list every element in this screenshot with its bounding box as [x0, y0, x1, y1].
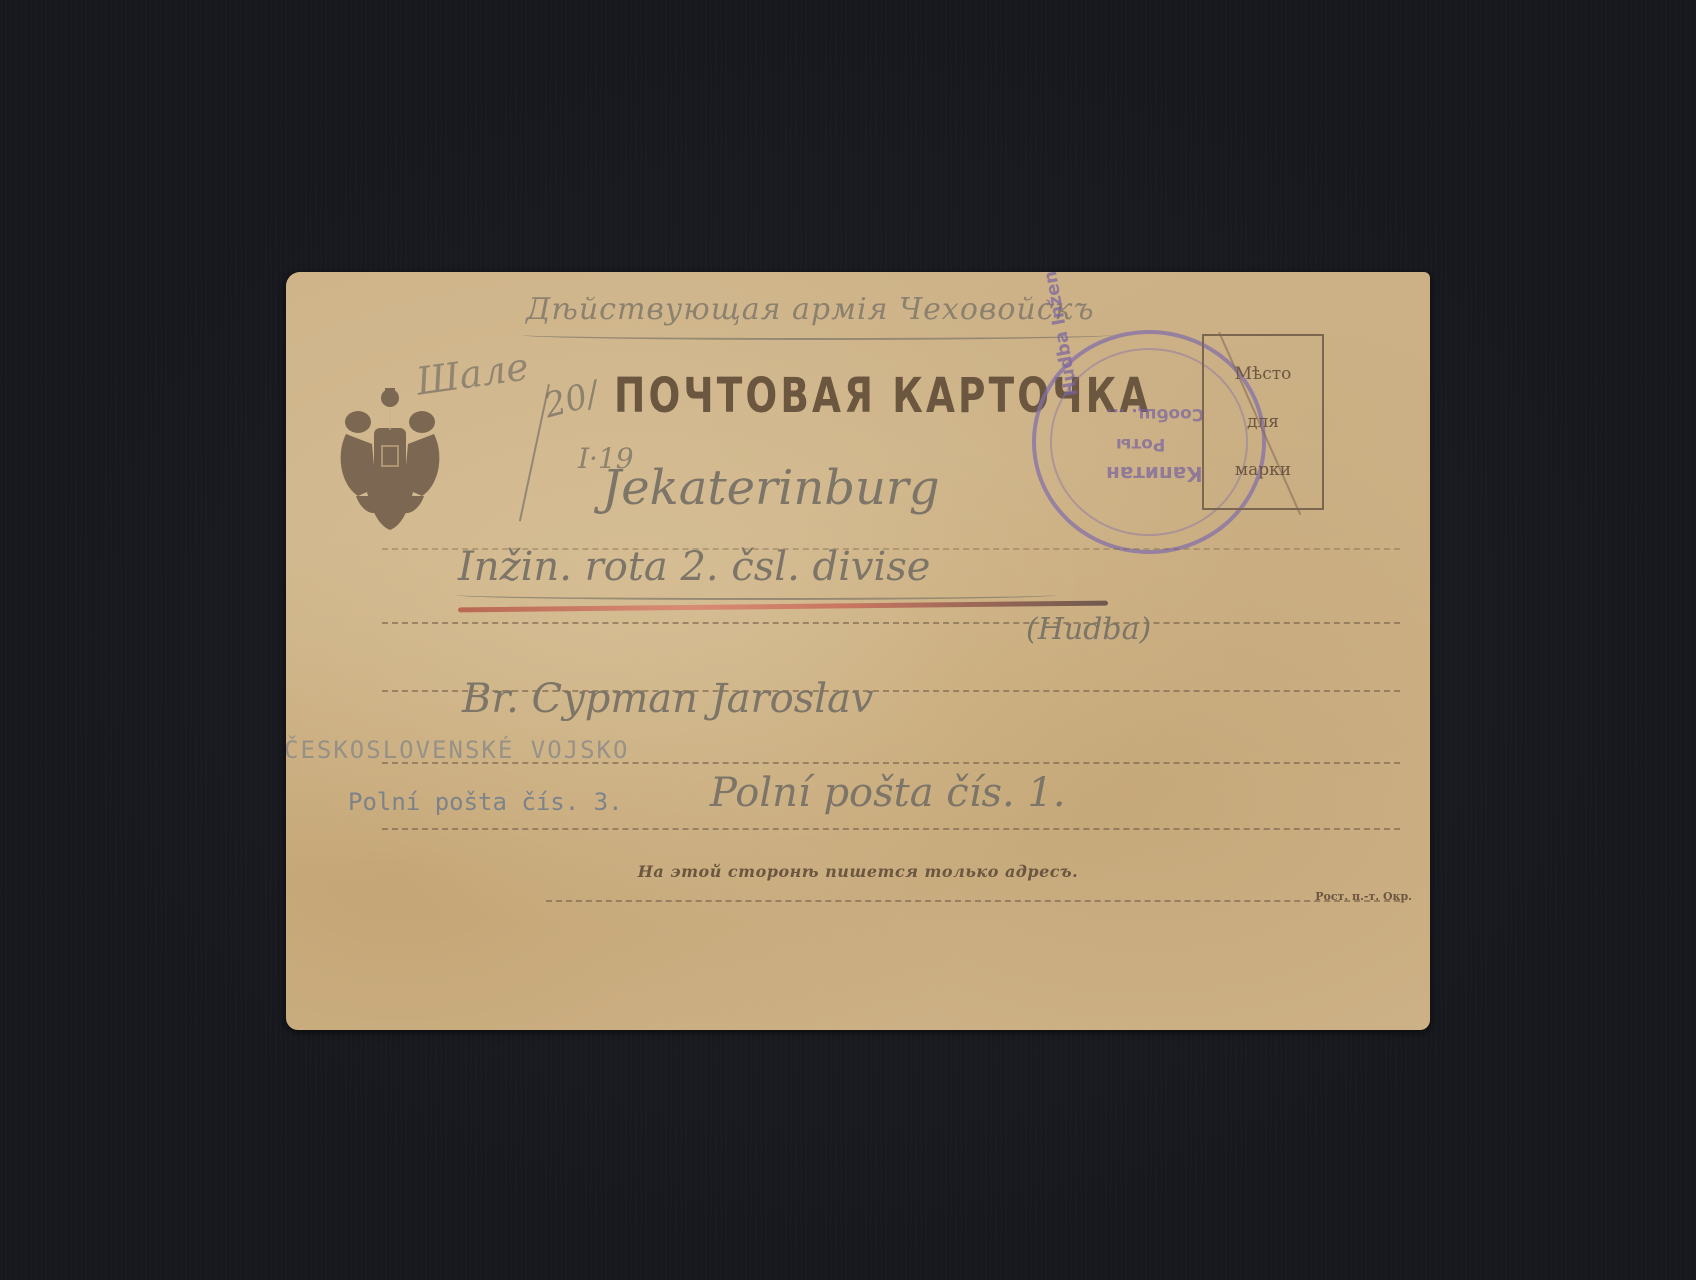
handwritten-department: (Hudba)	[1026, 612, 1151, 647]
seal-inner-line-2: Роты	[1116, 434, 1165, 454]
stamp-placement-box: Мѣсто для марки	[1202, 334, 1324, 510]
red-pencil-underline	[458, 601, 1108, 613]
blue-stamp-line-1: ČESKOSLOVENSKÉ VOJSKO	[286, 736, 629, 764]
blue-stamp-line-2: Polní pošta čís. 3.	[348, 788, 623, 816]
seal-inner-line-1: Сообщ. ...	[1106, 404, 1204, 424]
printer-mark: Рост. п.-т. Окр.	[1315, 890, 1412, 903]
seal-inner-line-3: Капитан	[1106, 462, 1203, 486]
handwritten-date-day: 20/	[540, 374, 603, 427]
stamp-box-line-2: для	[1204, 412, 1322, 432]
stamp-box-line-3: марки	[1204, 460, 1322, 480]
unit-wavy-underline	[456, 590, 1056, 600]
handwritten-city: Jekaterinburg	[602, 460, 940, 516]
double-headed-eagle-icon	[336, 384, 444, 534]
footer-instruction: На этой сторонѣ пишется только адресъ.	[286, 862, 1430, 881]
address-line-1	[382, 622, 1400, 624]
postcard: Дѣйствующая армія Чеховойскъ Шале 20/ I·…	[286, 272, 1430, 1030]
stamp-box-line-1: Мѣсто	[1204, 364, 1322, 384]
handwritten-unit: Inžin. rota 2. čsl. divise	[458, 544, 930, 590]
header-wavy-underline	[522, 330, 1112, 340]
handwritten-recipient: Br. Cypman Jaroslav	[462, 676, 873, 722]
date-slash-stroke	[519, 384, 550, 521]
handwritten-header: Дѣйствующая армія Чеховойскъ	[526, 292, 1094, 327]
address-line-4	[382, 828, 1400, 830]
address-line-5	[546, 900, 1400, 902]
handwritten-field-post: Polní pošta čís. 1.	[710, 770, 1066, 816]
